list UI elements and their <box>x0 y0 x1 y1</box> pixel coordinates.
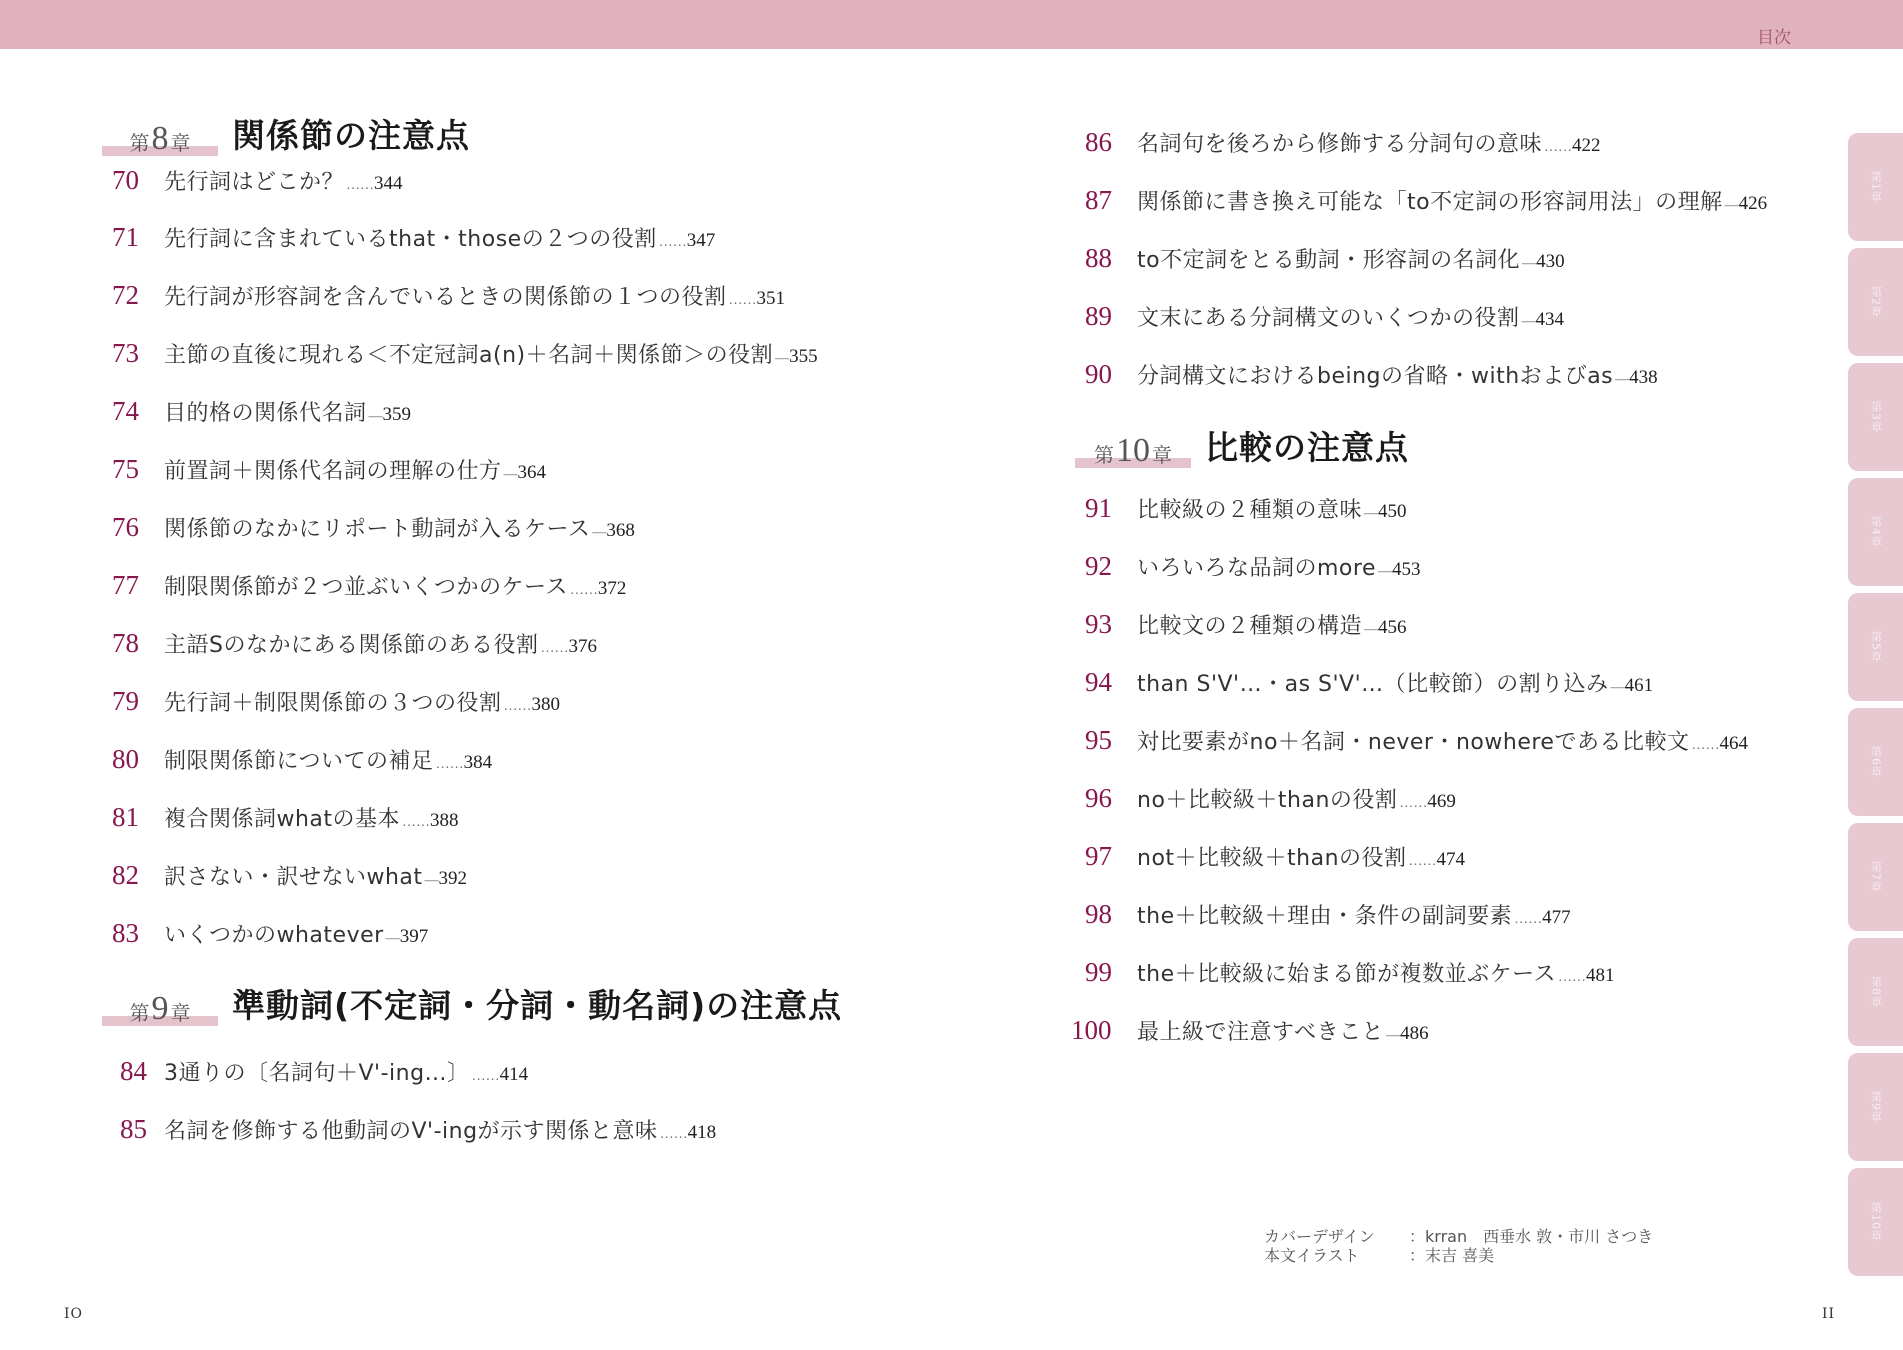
credit-cover-design: カバーデザイン：krran 西垂水 敦・市川 さつき <box>1264 1227 1653 1246</box>
toc-entry-93[interactable]: 93比較文の２種類の構造—456 <box>1085 609 1407 640</box>
toc-entry-89[interactable]: 89文末にある分詞構文のいくつかの役割—434 <box>1085 301 1564 332</box>
toc-entry-85[interactable]: 85名詞を修飾する他動詞のV'-ingが示す関係と意味……418 <box>120 1114 716 1145</box>
header-bar: 目次 <box>0 0 1903 49</box>
page-number-left: IO <box>64 1306 83 1322</box>
toc-entry-74[interactable]: 74目的格の関係代名詞—359 <box>112 396 411 427</box>
toc-entry-79[interactable]: 79先行詞＋制限関係節の３つの役割……380 <box>112 686 560 717</box>
toc-entry-76[interactable]: 76関係節のなかにリポート動詞が入るケース—368 <box>112 512 635 543</box>
toc-entry-96[interactable]: 96no＋比較級＋thanの役割……469 <box>1085 783 1456 814</box>
toc-entry-81[interactable]: 81複合関係詞whatの基本……388 <box>112 802 459 833</box>
toc-entry-80[interactable]: 80制限関係節についての補足……384 <box>112 744 492 775</box>
tab-chapter-2[interactable]: 第2章 <box>1848 248 1903 356</box>
chapter-heading-10[interactable]: 第10章 比較の注意点 <box>1075 428 1409 468</box>
toc-entry-78[interactable]: 78主語Sのなかにある関係節のある役割……376 <box>112 628 597 659</box>
tab-chapter-4[interactable]: 第4章 <box>1848 478 1903 586</box>
page-number-right: II <box>1822 1306 1835 1322</box>
toc-entry-100[interactable]: 100最上級で注意すべきこと—486 <box>1071 1015 1429 1046</box>
tab-chapter-9[interactable]: 第9章 <box>1848 1053 1903 1161</box>
toc-entry-82[interactable]: 82訳さない・訳せないwhat—392 <box>112 860 467 891</box>
toc-entry-90[interactable]: 90分詞構文におけるbeingの省略・withおよびas—438 <box>1085 359 1658 390</box>
toc-entry-92[interactable]: 92いろいろな品詞のmore—453 <box>1085 551 1421 582</box>
chapter-label: 第10章 <box>1075 430 1191 468</box>
toc-entry-84[interactable]: 843通りの〔名詞句＋V'-ing…〕……414 <box>120 1056 528 1087</box>
toc-entry-91[interactable]: 91比較級の２種類の意味—450 <box>1085 493 1407 524</box>
tab-chapter-7[interactable]: 第7章 <box>1848 823 1903 931</box>
toc-entry-94[interactable]: 94than S'V'…・as S'V'…（比較節）の割り込み—461 <box>1085 667 1653 698</box>
toc-entry-72[interactable]: 72先行詞が形容詞を含んでいるときの関係節の１つの役割……351 <box>112 280 785 311</box>
chapter-heading-9[interactable]: 第9章 準動詞(不定詞・分詞・動名詞)の注意点 <box>102 986 842 1026</box>
chapter-title: 関係節の注意点 <box>232 116 470 156</box>
toc-entry-95[interactable]: 95対比要素がno＋名詞・never・nowhereである比較文……464 <box>1085 725 1748 756</box>
toc-entry-75[interactable]: 75前置詞＋関係代名詞の理解の仕方—364 <box>112 454 546 485</box>
toc-entry-98[interactable]: 98the＋比較級＋理由・条件の副詞要素……477 <box>1085 899 1571 930</box>
toc-entry-71[interactable]: 71先行詞に含まれているthat・thoseの２つの役割……347 <box>112 222 715 253</box>
credit-illustration: 本文イラスト：末吉 喜美 <box>1264 1246 1653 1265</box>
toc-entry-99[interactable]: 99the＋比較級に始まる節が複数並ぶケース……481 <box>1085 957 1615 988</box>
toc-entry-73[interactable]: 73主節の直後に現れる＜不定冠詞a(n)＋名詞＋関係節＞の役割—355 <box>112 338 818 369</box>
chapter-title: 比較の注意点 <box>1205 428 1409 468</box>
toc-entry-87[interactable]: 87関係節に書き換え可能な「to不定詞の形容詞用法」の理解—426 <box>1085 185 1767 216</box>
toc-entry-83[interactable]: 83いくつかのwhatever—397 <box>112 918 428 949</box>
toc-entry-86[interactable]: 86名詞句を後ろから修飾する分詞句の意味……422 <box>1085 127 1601 158</box>
tab-chapter-3[interactable]: 第3章 <box>1848 363 1903 471</box>
toc-entry-97[interactable]: 97not＋比較級＋thanの役割……474 <box>1085 841 1465 872</box>
tab-chapter-6[interactable]: 第6章 <box>1848 708 1903 816</box>
tab-chapter-1[interactable]: 第1章 <box>1848 133 1903 241</box>
tab-chapter-5[interactable]: 第5章 <box>1848 593 1903 701</box>
chapter-label: 第9章 <box>102 988 218 1026</box>
tab-chapter-8[interactable]: 第8章 <box>1848 938 1903 1046</box>
tab-chapter-10[interactable]: 第10章 <box>1848 1168 1903 1276</box>
chapter-heading-8[interactable]: 第8章 関係節の注意点 <box>102 116 470 156</box>
credits: カバーデザイン：krran 西垂水 敦・市川 さつき 本文イラスト：末吉 喜美 <box>1264 1227 1653 1265</box>
toc-entry-88[interactable]: 88to不定詞をとる動詞・形容詞の名詞化—430 <box>1085 243 1565 274</box>
section-title: 目次 <box>1757 23 1791 48</box>
chapter-title: 準動詞(不定詞・分詞・動名詞)の注意点 <box>232 986 842 1026</box>
toc-entry-70[interactable]: 70先行詞はどこか？……344 <box>112 165 403 196</box>
chapter-label: 第8章 <box>102 118 218 156</box>
toc-entry-77[interactable]: 77制限関係節が２つ並ぶいくつかのケース……372 <box>112 570 626 601</box>
